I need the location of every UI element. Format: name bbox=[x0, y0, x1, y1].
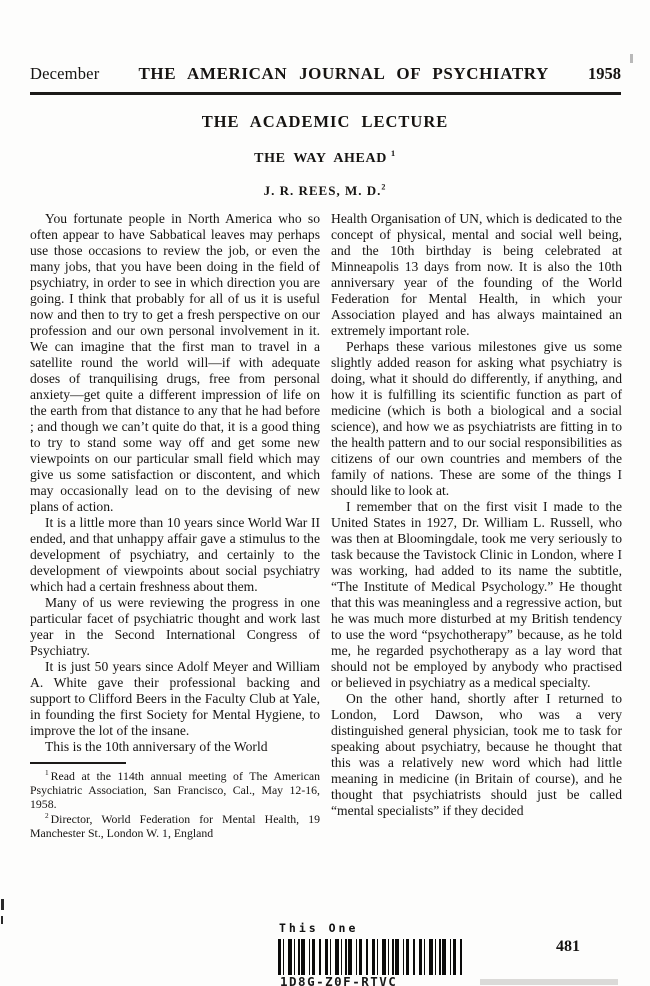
footnote: 2Director, World Federation for Mental H… bbox=[30, 812, 320, 840]
page-number: 481 bbox=[556, 938, 580, 956]
footnote-rule bbox=[30, 762, 126, 764]
paragraph: On the other hand, shortly after I retur… bbox=[331, 691, 622, 819]
paragraph: It is a little more than 10 years since … bbox=[30, 515, 320, 595]
scan-artifact-mark bbox=[630, 54, 633, 63]
page-header: December THE AMERICAN JOURNAL OF PSYCHIA… bbox=[30, 64, 621, 84]
header-year: 1958 bbox=[588, 64, 621, 84]
paragraph: Perhaps these various milestones give us… bbox=[331, 339, 622, 499]
paragraph: This is the 10th anniversary of the Worl… bbox=[30, 739, 320, 755]
barcode-text: 1D8G-Z0F-RTVC bbox=[280, 974, 397, 986]
journal-page-scan: December THE AMERICAN JOURNAL OF PSYCHIA… bbox=[0, 0, 650, 986]
paragraph: I remember that on the first visit I mad… bbox=[331, 499, 622, 691]
barcode bbox=[278, 939, 464, 975]
author-footnote-marker: 2 bbox=[381, 183, 386, 192]
column-left: You fortunate people in North America wh… bbox=[30, 211, 320, 840]
scan-artifact-smudge bbox=[480, 979, 618, 985]
scan-artifact-mark bbox=[1, 899, 4, 910]
paragraph: Health Organisation of UN, which is dedi… bbox=[331, 211, 622, 339]
footnote-text: Director, World Federation for Mental He… bbox=[30, 812, 320, 840]
header-rule bbox=[30, 92, 621, 95]
journal-title: THE AMERICAN JOURNAL OF PSYCHIATRY bbox=[138, 64, 549, 84]
footnote-marker: 2 bbox=[45, 811, 49, 820]
article-title-text: THE WAY AHEAD bbox=[254, 151, 387, 166]
author-line: J. R. REES, M. D.2 bbox=[0, 183, 650, 199]
footnote: 1Read at the 114th annual meeting of The… bbox=[30, 769, 320, 812]
article-title: THE WAY AHEAD1 bbox=[0, 151, 650, 167]
paragraph: Many of us were reviewing the progress i… bbox=[30, 595, 320, 659]
column-right: Health Organisation of UN, which is dedi… bbox=[331, 211, 622, 819]
header-month: December bbox=[30, 64, 99, 84]
footnote-marker: 1 bbox=[45, 768, 49, 777]
title-footnote-marker: 1 bbox=[391, 148, 396, 158]
paragraph: You fortunate people in North America wh… bbox=[30, 211, 320, 515]
author-name: J. R. REES, M. D. bbox=[264, 183, 382, 198]
footnote-text: Read at the 114th annual meeting of The … bbox=[30, 769, 320, 811]
stamp-label: This One bbox=[279, 921, 358, 935]
paragraph: It is just 50 years since Adolf Meyer an… bbox=[30, 659, 320, 739]
scan-artifact-mark bbox=[1, 916, 3, 924]
section-title: THE ACADEMIC LECTURE bbox=[0, 112, 650, 132]
